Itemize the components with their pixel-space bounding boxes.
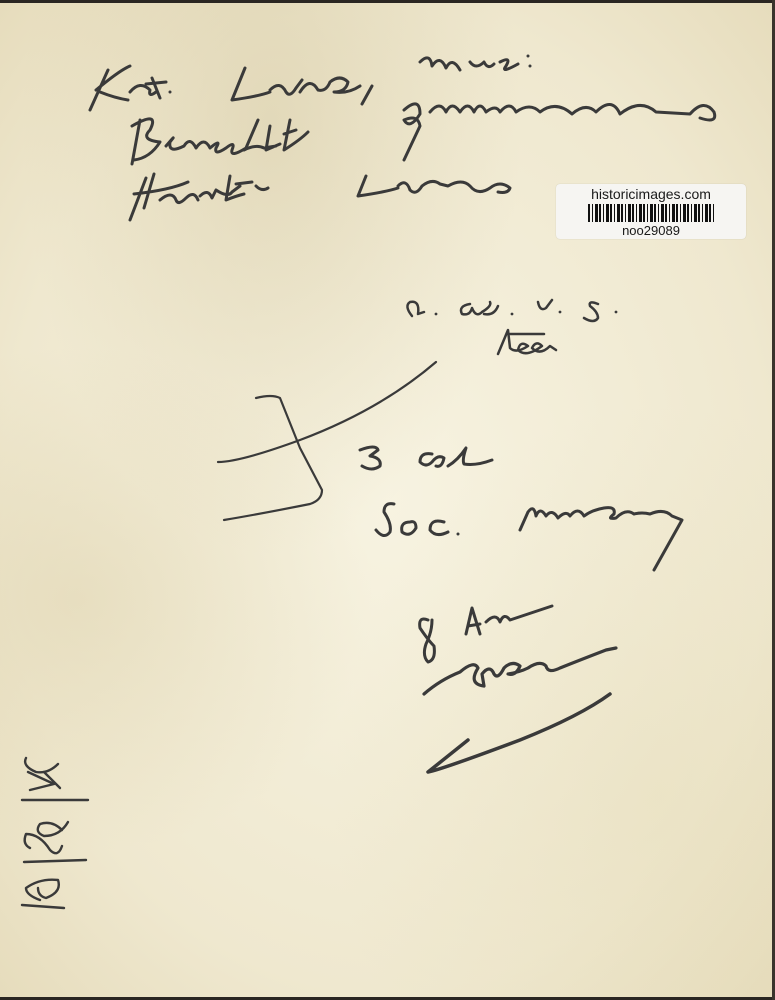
barcode-sticker: historicimages.com noo29089 [556,184,746,239]
handwriting-check-mark [428,694,610,772]
sticker-id: noo29089 [556,223,746,238]
barcode-icon [588,204,714,222]
sticker-site-name: historicimages.com [556,186,746,202]
